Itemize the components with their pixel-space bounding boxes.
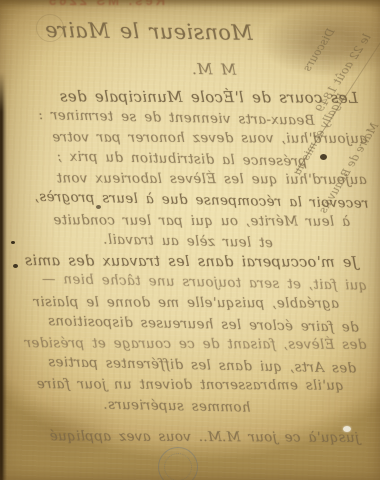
round-archive-stamp-inner bbox=[164, 453, 192, 480]
letter-salutation: M M. bbox=[12, 58, 236, 79]
handwriting-line: et leur zèle au travail. bbox=[10, 228, 273, 254]
scan-top-shadow bbox=[0, 0, 380, 8]
handwriting-line: hommes supérieurs. bbox=[7, 393, 250, 419]
faint-ring-mark bbox=[36, 14, 64, 42]
letter-scan-page: Rés. MS 2265 Discours le 22 août 1849 Bi… bbox=[0, 0, 380, 480]
round-archive-stamp bbox=[158, 447, 198, 480]
paper-damage-speck bbox=[343, 426, 351, 432]
scan-edge-shadow bbox=[0, 72, 7, 480]
ink-blot bbox=[96, 205, 101, 209]
letter-body: Les cours de l'École Municipale des Beau… bbox=[7, 85, 370, 450]
letter-text-mirrored: Monsieur le Maire M M. Les cours de l'Éc… bbox=[7, 14, 371, 450]
handwriting-line: jusqu'à ce jour M.M.. vous avez appliqué bbox=[7, 426, 359, 448]
ink-blot bbox=[11, 241, 15, 244]
ink-blot bbox=[320, 154, 327, 160]
ink-blot bbox=[13, 264, 18, 268]
